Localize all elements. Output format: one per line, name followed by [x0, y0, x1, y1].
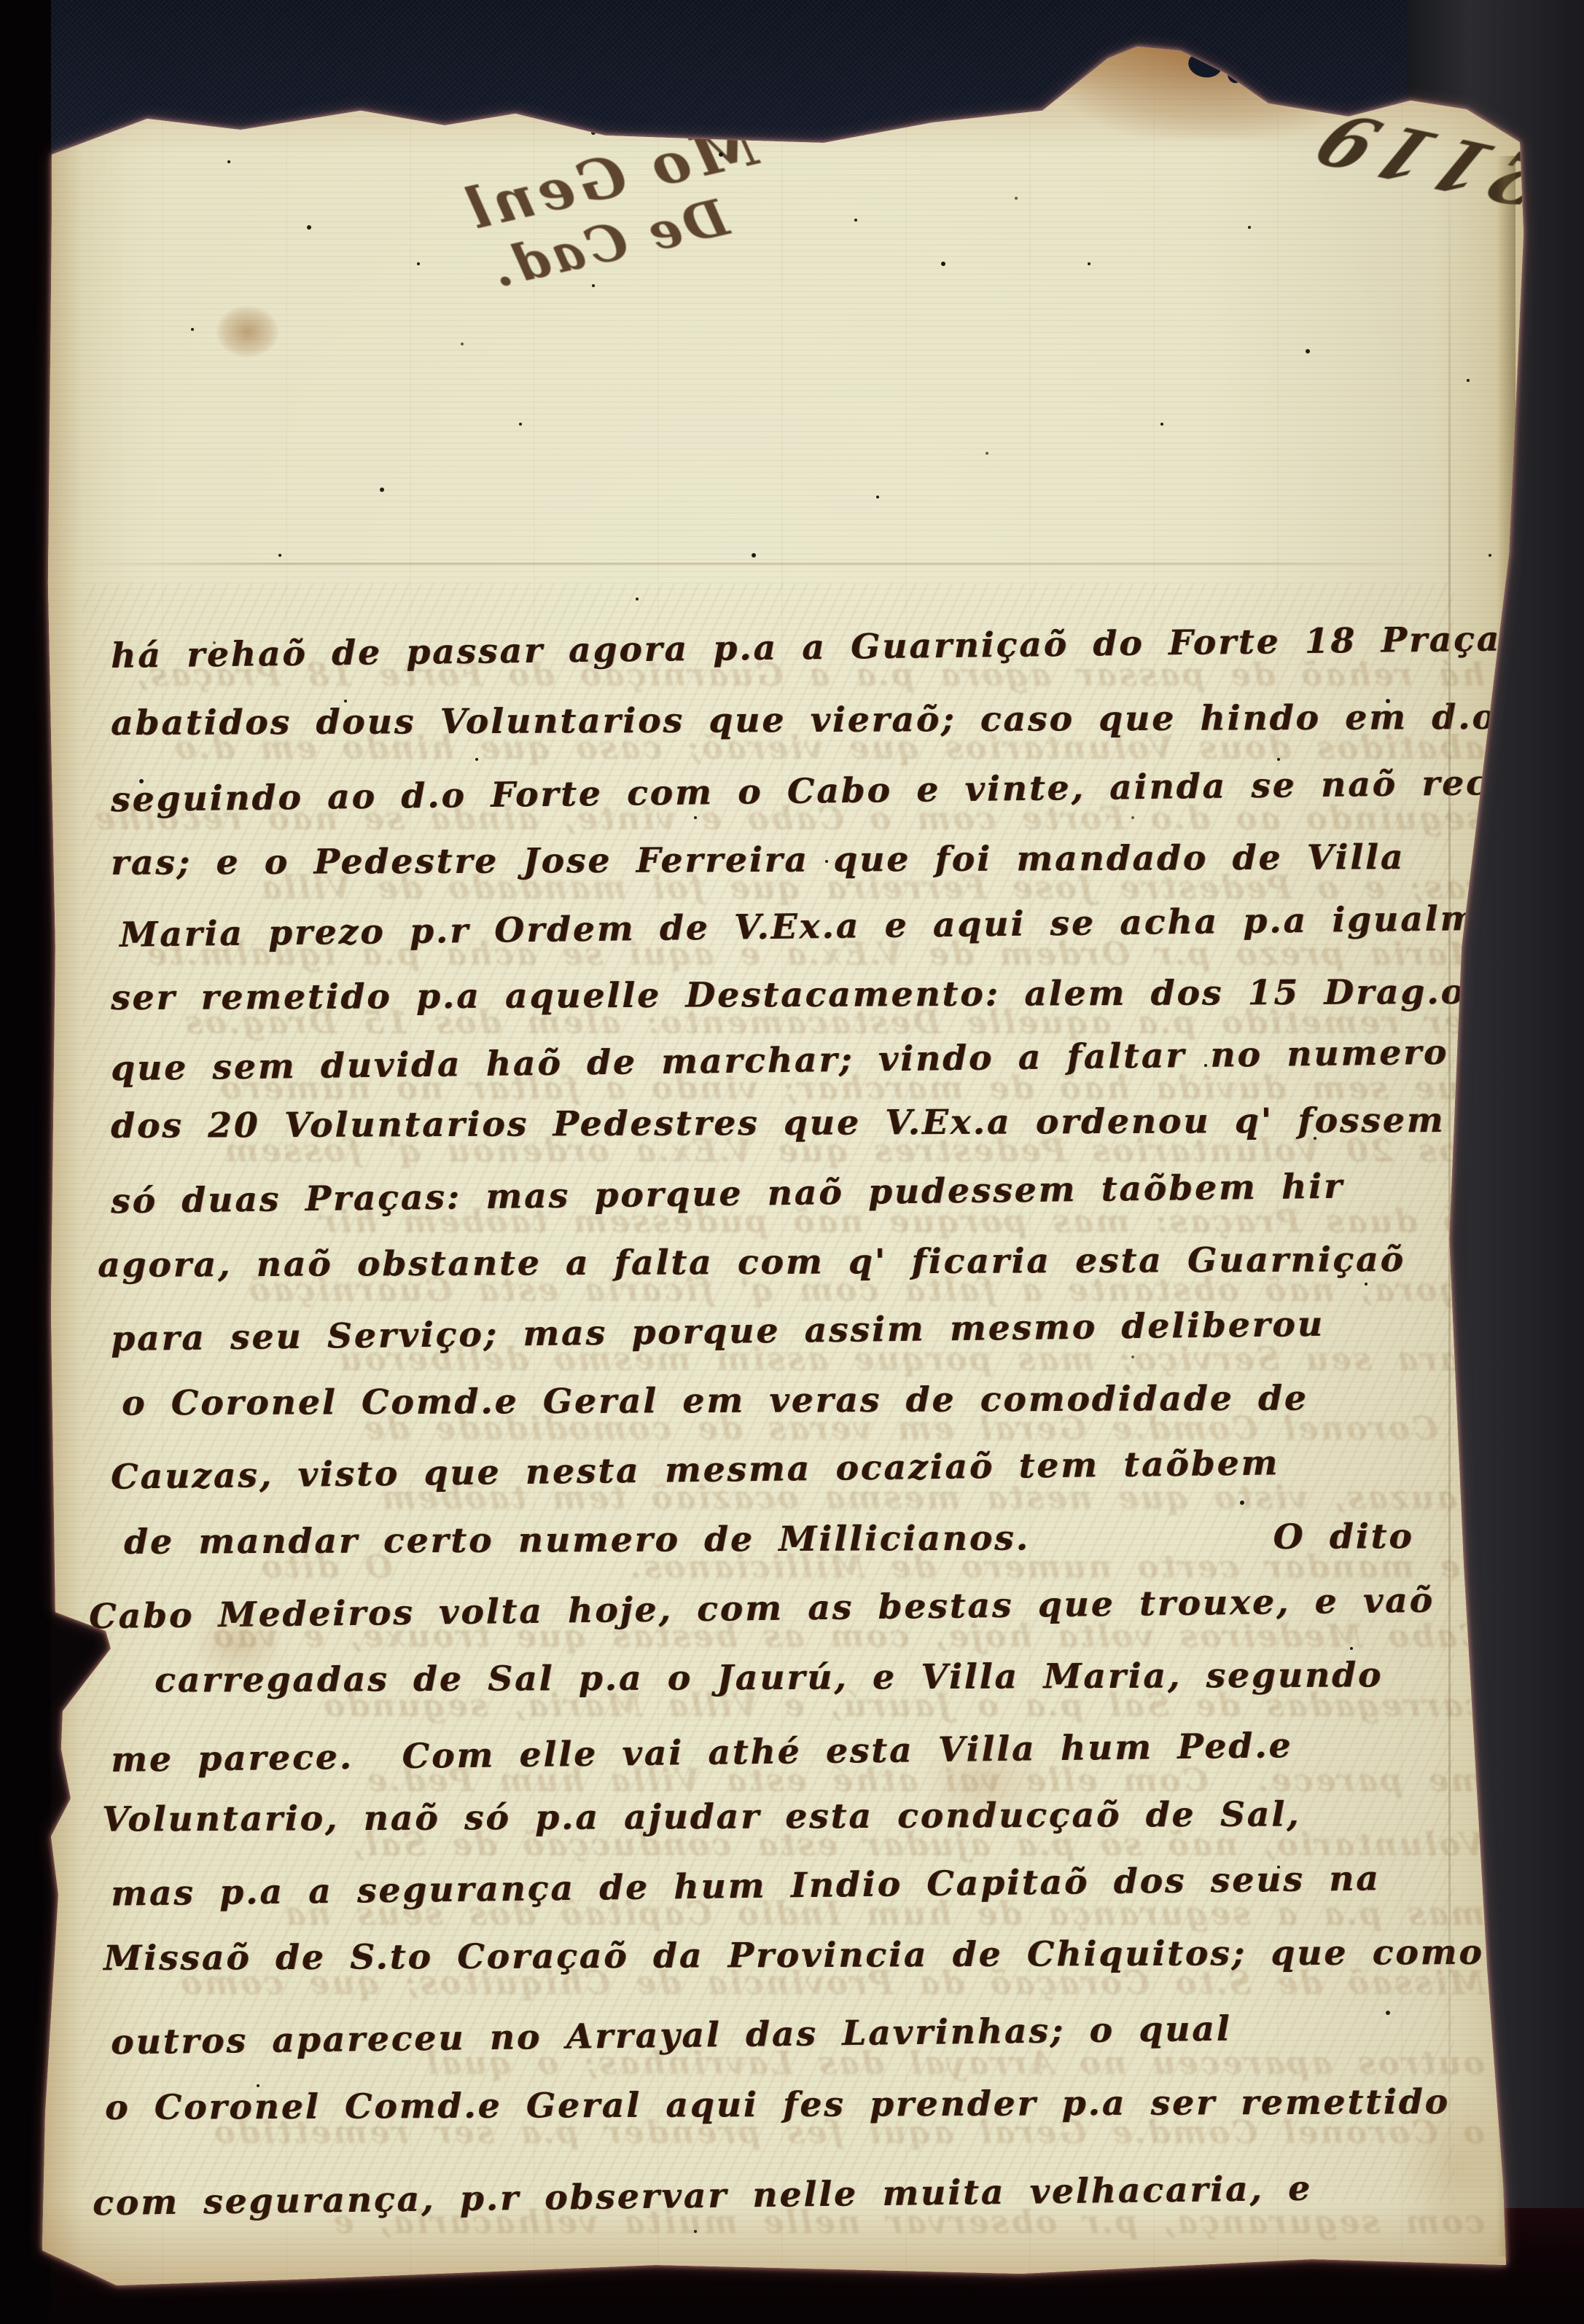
- manuscript-line: o Coronel Comd.e Geral em veras de comod…: [122, 1381, 1308, 1420]
- horizontal-crease: [68, 563, 1462, 565]
- page-fore-edge: [1497, 156, 1515, 2255]
- manuscript-line: Voluntario, naõ só p.a ajudar esta condu…: [102, 1797, 1301, 1836]
- manuscript-line: o Coronel Comd.e Geral aqui fes prender …: [105, 2085, 1450, 2125]
- manuscript-line: de mandar certo numero de Millicianos. O…: [124, 1519, 1414, 1560]
- manuscript-line: dos 20 Voluntarios Pedestres que V.Ex.a …: [111, 1103, 1446, 1143]
- manuscript-line: ser remetido p.a aquelle Destacamento: a…: [111, 975, 1488, 1015]
- manuscript-line: agora, naõ obstante a falta com q' ficar…: [98, 1243, 1405, 1283]
- manuscript-line: carregadas de Sal p.a o Jaurú, e Villa M…: [155, 1658, 1384, 1697]
- vertical-fold: [1448, 145, 1451, 2236]
- manuscript-line: ras; e o Pedestre Jose Ferreira que foi …: [111, 840, 1405, 880]
- manuscript-line: abatidos dous Voluntarios que vieraõ; ca…: [111, 700, 1497, 740]
- scanned-manuscript-photo: { "document": { "kind": "handwritten-man…: [0, 0, 1584, 2324]
- manuscript-page-wrap: há rehaõ de passar agora p.a a Guarniçaõ…: [38, 44, 1529, 2292]
- manuscript-page: há rehaõ de passar agora p.a a Guarniçaõ…: [38, 44, 1529, 2292]
- paper-specks: [38, 44, 41, 47]
- manuscript-line: Missaõ de S.to Coraçaõ da Provincia de C…: [104, 1936, 1484, 1976]
